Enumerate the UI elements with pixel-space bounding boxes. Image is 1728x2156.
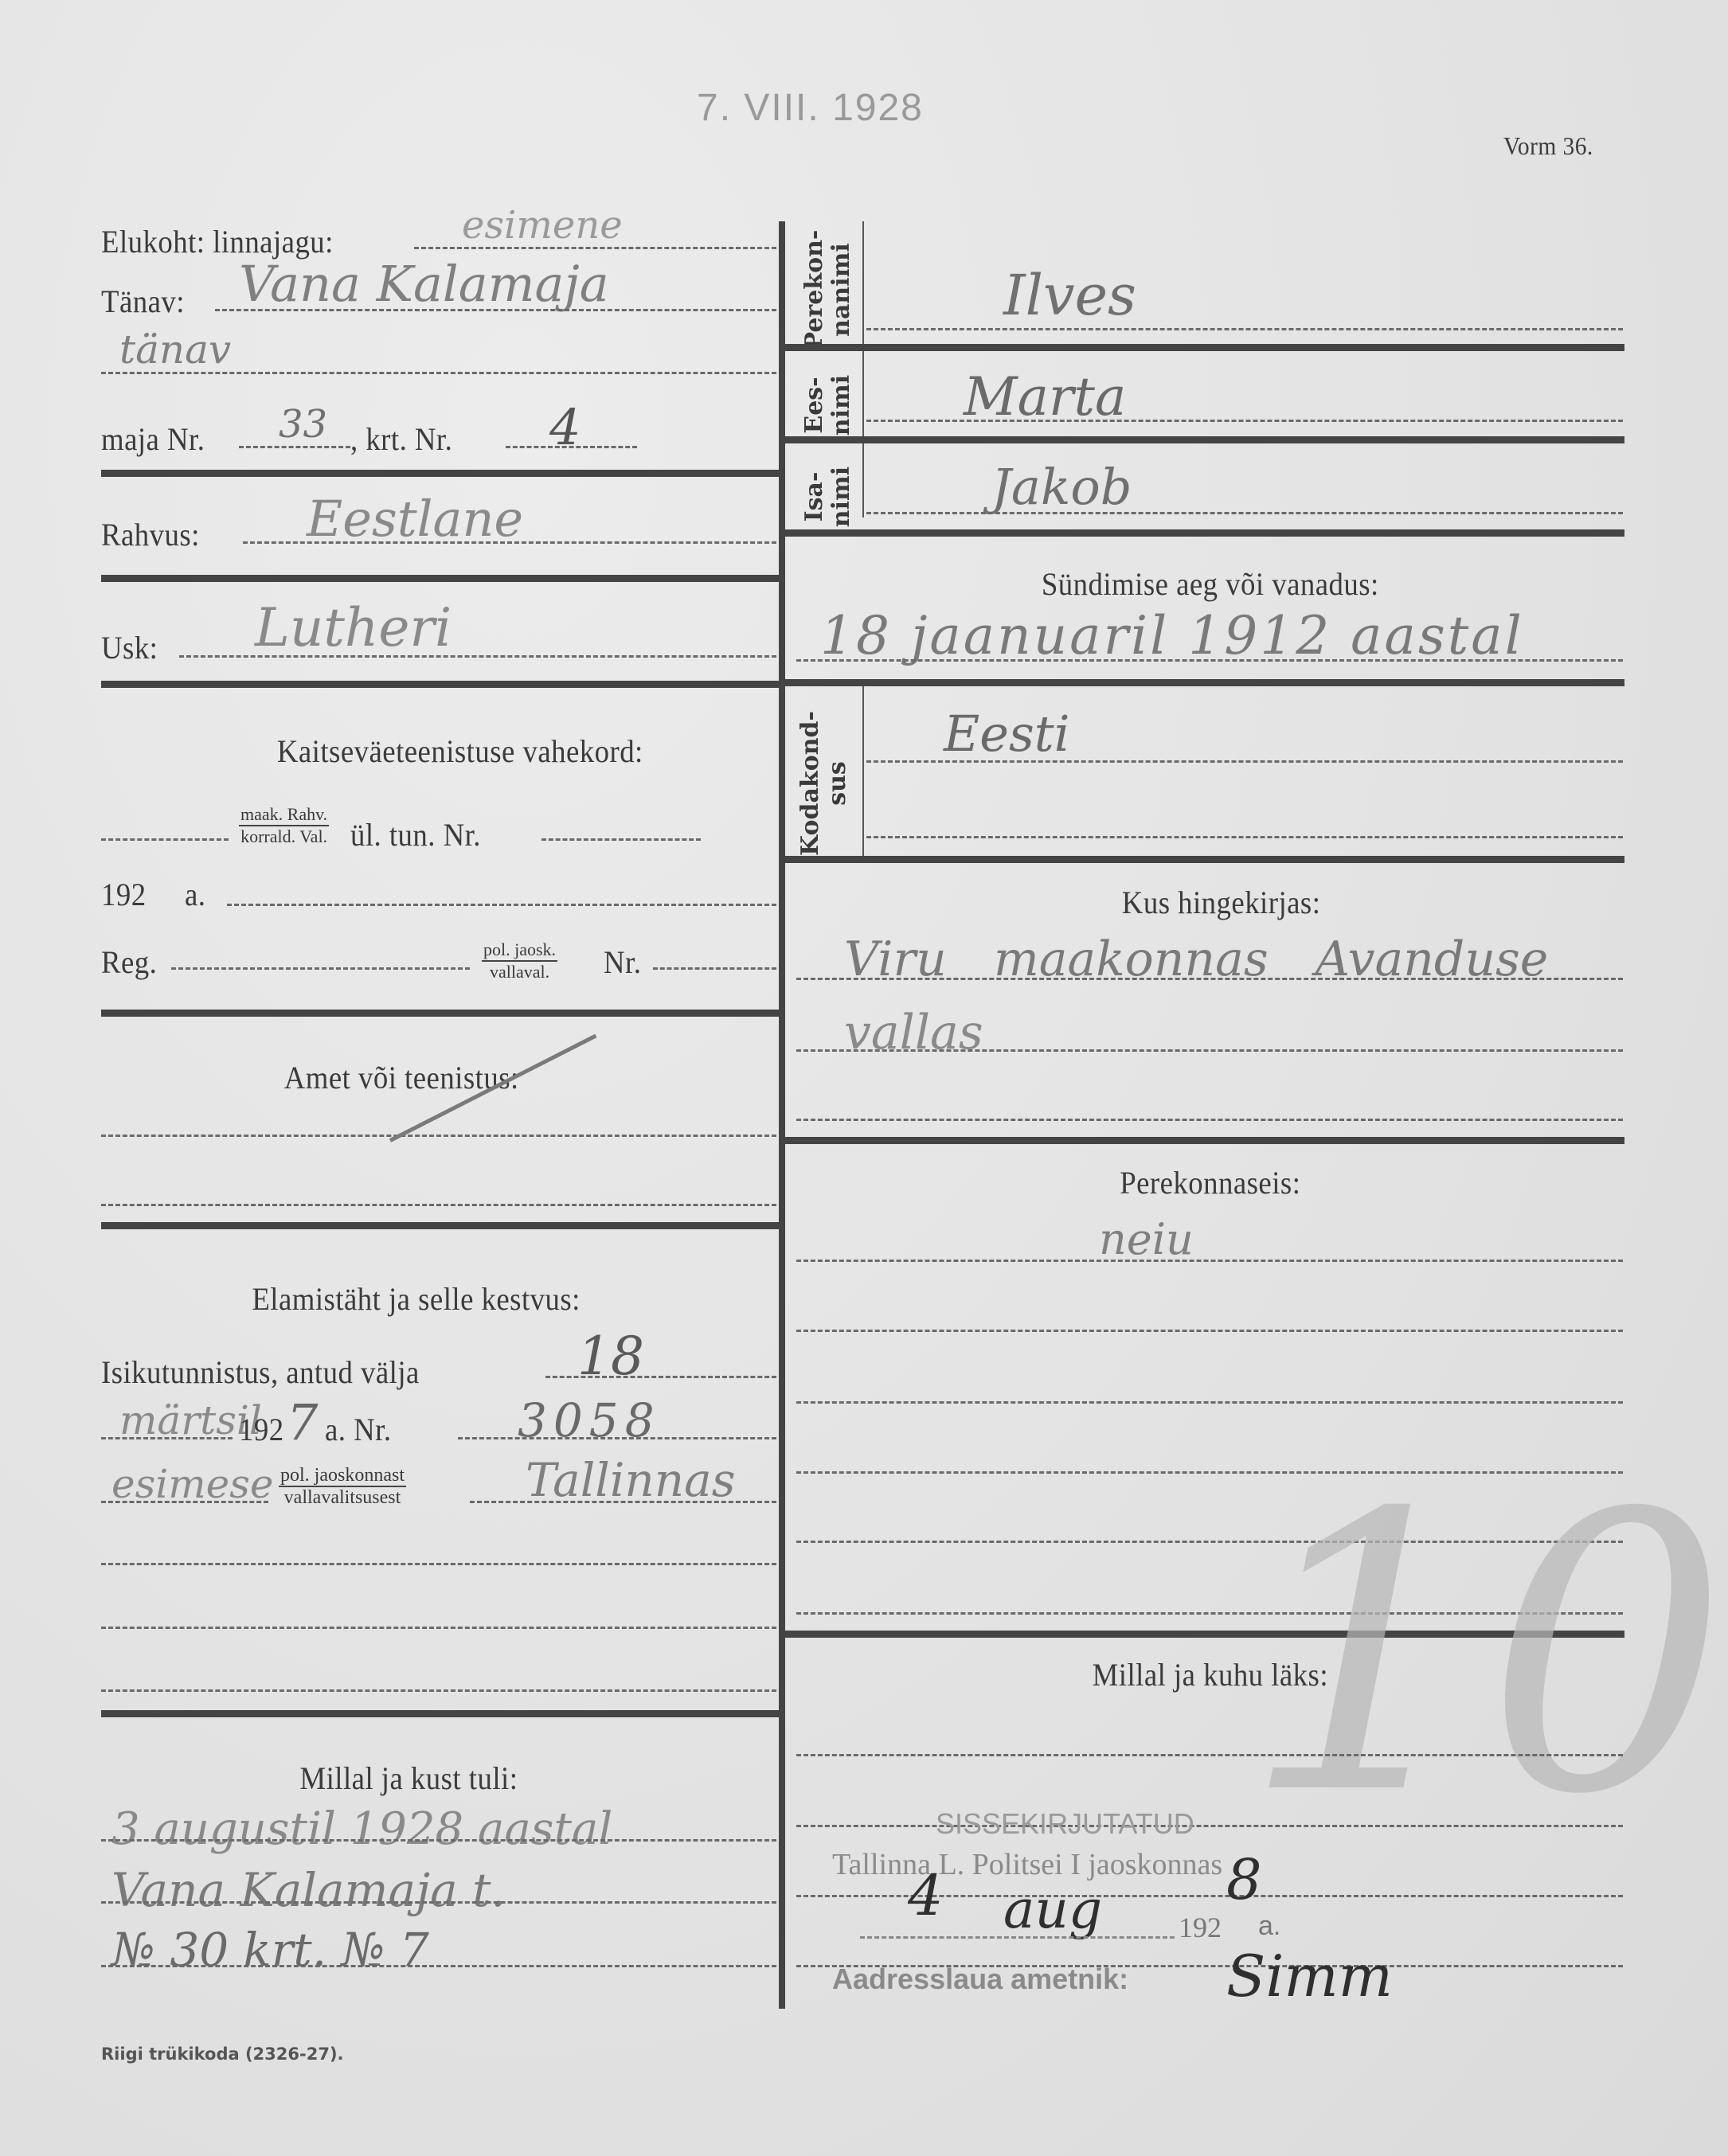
registration-year-prefix: 192 xyxy=(1179,1911,1222,1944)
registry-line-2: vallas xyxy=(844,1005,983,1060)
registration-stamp-title: SISSEKIRJUTATUD xyxy=(936,1807,1194,1841)
registration-year-digit: 8 xyxy=(1226,1847,1262,1912)
military-title: Kaitseväeteenistuse vahekord: xyxy=(101,732,819,770)
official-signature: Simm xyxy=(1226,1943,1393,2010)
religion-label: Usk: xyxy=(101,629,158,666)
id-card-label: Isikutunnistus, antud välja xyxy=(101,1353,420,1391)
registry-title: Kus hingekirjas: xyxy=(796,884,1646,921)
registration-year-suffix: a. xyxy=(1258,1911,1280,1942)
id-issuer-fraction: pol. jaoskonnast vallavalitsusest xyxy=(279,1465,406,1508)
arrival-line-2: Vana Kalamaja t. xyxy=(111,1863,506,1917)
religion-value: Lutheri xyxy=(255,597,452,658)
registration-day: 4 xyxy=(908,1863,944,1928)
marital-status-value: neiu xyxy=(1099,1214,1194,1264)
street-value-line2: tänav xyxy=(119,326,231,373)
registration-stamp-office: Tallinna L. Politsei I jaoskonnas xyxy=(832,1847,1222,1882)
id-number-label: a. Nr. xyxy=(325,1411,392,1448)
id-issuer-place: Tallinnas xyxy=(526,1453,735,1507)
document-page: 7. VIII. 1928 Vorm 36. Elukoht: linnajag… xyxy=(0,0,1728,2156)
house-number-label: maja Nr. xyxy=(101,420,205,458)
arrival-line-1: 3 augustil 1928 aastal xyxy=(111,1803,612,1855)
first-name-value: Marta xyxy=(964,366,1126,428)
military-fraction-2: pol. jaosk. vallaval. xyxy=(482,939,557,982)
citizenship-value: Eesti xyxy=(944,705,1070,763)
arrival-title: Millal ja kust tuli: xyxy=(101,1760,717,1797)
citizenship-label: Kodakond- sus xyxy=(797,708,851,859)
address-official-label: Aadresslaua ametnik: xyxy=(832,1963,1128,1996)
street-label: Tänav: xyxy=(101,283,185,320)
surname-value: Ilves xyxy=(1003,263,1136,328)
apartment-number-label: , krt. Nr. xyxy=(350,420,452,458)
military-fraction-1: maak. Rahv. korrald. Val. xyxy=(239,804,329,847)
departure-pencil-mark: 10 xyxy=(1242,1433,1728,1878)
military-reg-number-label: Nr. xyxy=(604,943,641,981)
residence-permit-title: Elamistäht ja selle kestvus: xyxy=(101,1280,731,1318)
military-year-prefix: 192 xyxy=(101,876,147,913)
district-value: esimene xyxy=(462,203,623,248)
center-divider xyxy=(779,221,785,2009)
printer-imprint: Riigi trükikoda (2326-27). xyxy=(101,2045,344,2064)
arrival-line-3: № 30 krt. № 7 xyxy=(111,1923,429,1977)
occupation-title: Amet või teenistus: xyxy=(101,1059,702,1096)
nationality-label: Rahvus: xyxy=(101,516,200,553)
marital-status-title: Perekonnaseis: xyxy=(796,1164,1624,1201)
registration-month: aug xyxy=(1003,1879,1102,1940)
military-number-label: ül. tun. Nr. xyxy=(350,816,481,853)
id-year-prefix: 192 xyxy=(239,1411,284,1448)
birth-value: 18 jaanuaril 1912 aastal xyxy=(820,605,1524,666)
birth-title: Sündimise aeg või vanadus: xyxy=(796,565,1624,603)
military-reg-label: Reg. xyxy=(101,943,157,981)
id-year-digit: 7 xyxy=(287,1393,318,1451)
military-year-suffix: a. xyxy=(185,876,205,913)
first-name-label: Ees- nimi xyxy=(801,365,855,445)
house-number-value: 33 xyxy=(279,402,327,447)
street-value-line1: Vana Kalamaja xyxy=(239,255,609,313)
surname-label: Perekon- nanimi xyxy=(801,226,855,353)
date-stamp: 7. VIII. 1928 xyxy=(697,86,924,130)
nationality-value: Eestlane xyxy=(307,490,523,548)
form-number: Vorm 36. xyxy=(1503,131,1593,161)
father-name-label: Isa- nimi xyxy=(801,457,855,537)
father-name-value: Jakob xyxy=(991,458,1132,516)
